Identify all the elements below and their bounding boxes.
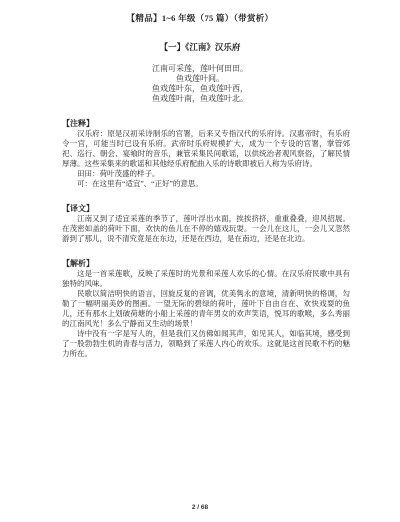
poem-line: 鱼戏莲叶南，鱼戏莲叶北。 <box>0 94 400 104</box>
poem-heading: 【一】《江南》汉乐府 <box>0 41 400 53</box>
document-page: 【精品】1~6 年级（75 篇）（带赏析） 【一】《江南》汉乐府 江南可采莲，莲… <box>0 0 400 522</box>
poem-line: 鱼戏莲叶东，鱼戏莲叶西， <box>0 84 400 94</box>
poem-block: 江南可采莲，莲叶何田田。 鱼戏莲叶间。 鱼戏莲叶东，鱼戏莲叶西， 鱼戏莲叶南，鱼… <box>0 64 400 104</box>
poem-line: 江南可采莲，莲叶何田田。 <box>0 64 400 74</box>
section-translation: 【译文】 江南又到了适宜采莲的季节了，莲叶浮出水面，挨挨挤挤，重重叠叠，迎风招展… <box>62 203 350 244</box>
notes-paragraph: 可：在这里有“适宜”、“正好”的意思。 <box>62 179 350 189</box>
document-title: 【精品】1~6 年级（75 篇）（带赏析） <box>0 0 400 24</box>
document-body: 【注释】 汉乐府：原是汉初采诗制乐的官署，后来又专指汉代的乐府诗。汉惠帝时，有乐… <box>0 118 400 359</box>
analysis-paragraph: 这是一首采莲歌，反映了采莲时的光景和采莲人欢乐的心情。在汉乐府民歌中具有独特的风… <box>62 269 350 289</box>
notes-paragraph: 汉乐府：原是汉初采诗制乐的官署，后来又专指汉代的乐府诗。汉惠帝时，有乐府令一官，… <box>62 129 350 169</box>
page-number: 2 / 68 <box>0 504 400 511</box>
poem-line: 鱼戏莲叶间。 <box>0 74 400 84</box>
notes-paragraph: 田田：荷叶茂盛的样子。 <box>62 169 350 179</box>
section-label-translation: 【译文】 <box>62 203 350 214</box>
analysis-paragraph: 诗中没有一字是写人的，但是我们又仿佛如闻其声，如见其人，如临其境，感受到了一股勃… <box>62 329 350 359</box>
translation-paragraph: 江南又到了适宜采莲的季节了，莲叶浮出水面，挨挨挤挤，重重叠叠，迎风招展。在茂密如… <box>62 214 350 244</box>
section-label-notes: 【注释】 <box>62 118 350 129</box>
section-notes: 【注释】 汉乐府：原是汉初采诗制乐的官署，后来又专指汉代的乐府诗。汉惠帝时，有乐… <box>62 118 350 189</box>
section-analysis: 【解析】 这是一首采莲歌，反映了采莲时的光景和采莲人欢乐的心情。在汉乐府民歌中具… <box>62 258 350 359</box>
analysis-paragraph: 民歌以简洁明快的语言，回旋反复的音调，优美隽永的意境，清新明快的格调，勾勒了一幅… <box>62 289 350 329</box>
section-label-analysis: 【解析】 <box>62 258 350 269</box>
